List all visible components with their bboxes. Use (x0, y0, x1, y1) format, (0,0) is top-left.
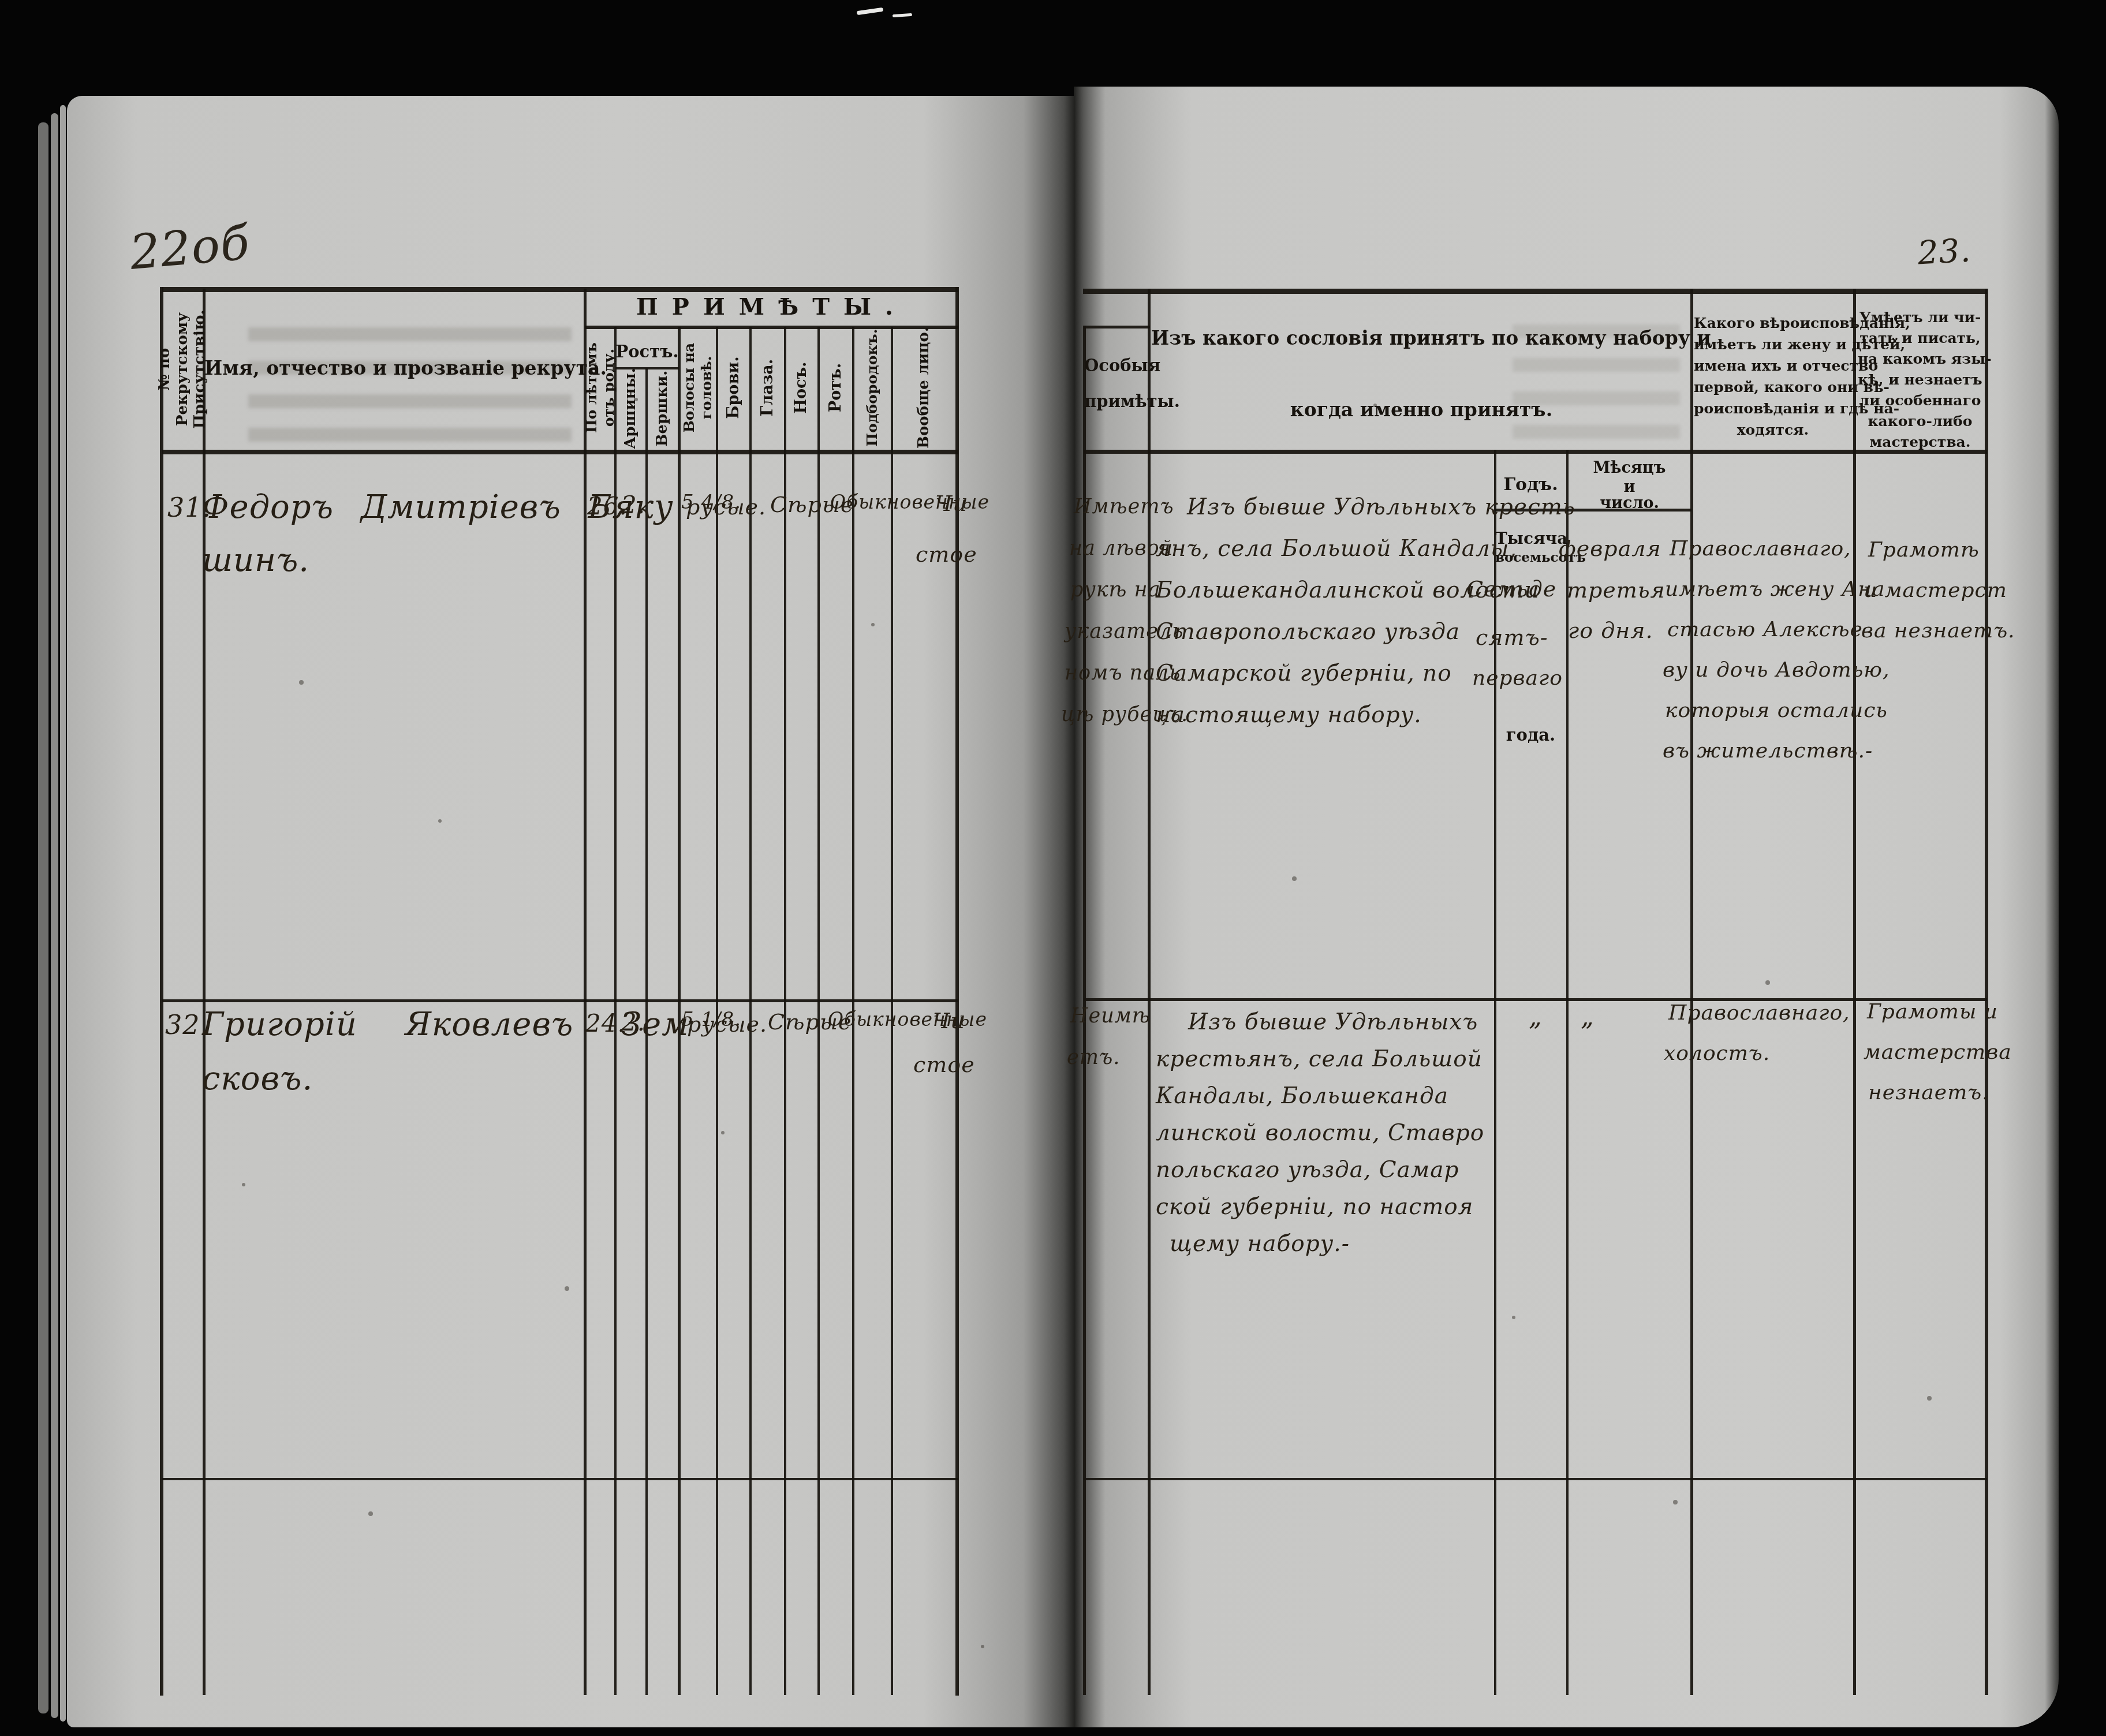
religion-family-text: которыя остались (1665, 699, 1888, 722)
column-header-height: Ростъ. (615, 342, 679, 361)
recruit-name: шинъ. (202, 542, 309, 579)
column-header-eyebrows: Брови. (718, 327, 749, 449)
estate-draft-text: Изъ бывше Удѣльныхъ (1188, 1009, 1478, 1035)
header-line: Подбородокъ. (864, 329, 881, 447)
hair-value: русые. (686, 494, 766, 520)
special-marks-text: Неимѣ (1070, 1005, 1151, 1028)
column-header-vershoks: Вершки. (647, 368, 677, 449)
header-line: Вершки. (654, 371, 671, 447)
column-header-special-marks: Особыя (1084, 356, 1149, 375)
subheader-month-day: Мѣсяцъ (1569, 459, 1690, 477)
literacy-text: Грамотѣ (1868, 538, 1980, 562)
osobye-cell-top (1084, 326, 1150, 328)
year-handwritten: Семьде (1466, 576, 1556, 602)
literacy-text: Грамоты и (1867, 1000, 1998, 1024)
column-header-literacy: кѣ, и незнаетъ (1858, 371, 1982, 388)
column-header-religion-family: роисповѣданія и гдѣ на- (1694, 400, 1852, 417)
column-header-literacy: ли особеннаго (1858, 392, 1982, 409)
row-separator (1084, 1478, 1987, 1480)
estate-draft-text: Ставропольскаго уѣзда (1156, 619, 1460, 645)
folio-number-right: 23. (1917, 232, 1971, 272)
scratch-mark (893, 13, 912, 17)
column-header-age: По лѣтамъ отъ роду. (587, 327, 614, 449)
estate-draft-text: Изъ бывше Удѣльныхъ кресть (1187, 494, 1575, 520)
subheader-month-day: и (1569, 478, 1690, 496)
recruit-name: сковъ. (202, 1060, 313, 1097)
column-header-literacy: тать и писать, (1858, 330, 1982, 346)
column-header-literacy: на какомъ язы- (1858, 350, 1982, 367)
estate-draft-text: щему набору.- (1170, 1231, 1350, 1257)
religion-family-text: въ жительствѣ.- (1663, 739, 1873, 763)
religion-family-text: Православнаго, (1668, 1001, 1850, 1025)
header-line: Волосы на (681, 343, 698, 433)
column-header-special-marks: примѣты. (1084, 391, 1149, 411)
column-rule (749, 327, 752, 1695)
table-border-top (162, 287, 958, 292)
scratch-mark (857, 8, 884, 15)
book-page-edge (60, 105, 66, 1722)
face-value: стое (913, 1052, 975, 1077)
arshins-value: 2. (621, 1008, 645, 1036)
religion-family-text: холостъ. (1664, 1041, 1770, 1065)
special-marks-text: рукѣ на (1070, 578, 1161, 602)
book-page-edge (51, 113, 58, 1718)
month-ditto-mark: „ (1581, 1002, 1595, 1032)
year-ditto-mark: „ (1529, 1002, 1543, 1032)
estate-draft-text: польскаго уѣзда, Самар (1156, 1157, 1459, 1183)
folio-number-left: 22об (128, 215, 252, 281)
column-header-religion-family: имена ихъ и отчество (1694, 357, 1852, 374)
month-day-text: февраля (1559, 536, 1661, 561)
column-header-eyes: Глаза. (752, 327, 783, 449)
header-line: головѣ. (698, 356, 715, 420)
arshins-value: 2. (621, 491, 645, 519)
estate-draft-text: настоящему набору. (1156, 702, 1422, 728)
row-separator (162, 999, 958, 1002)
column-header-name: Имя, отчество и прозваніе рекрута. (204, 357, 583, 379)
religion-family-text: Православнаго, (1670, 537, 1851, 561)
column-header-religion-family: имѣетъ ли жену и дѣтей, (1694, 336, 1852, 353)
column-rule (160, 287, 163, 1696)
special-marks-text: етъ. (1067, 1046, 1120, 1069)
row-separator (1084, 998, 1987, 1001)
subheader-year: Годъ. (1495, 475, 1566, 495)
header-bottom-rule (162, 450, 958, 454)
month-day-text: третья (1567, 577, 1666, 603)
book-scan-photo: 22об 23. № по Рекрутскому Присутствію. И… (0, 0, 2106, 1736)
header-line: Носъ. (792, 361, 811, 413)
column-header-religion-family: Какого вѣроисповѣданія, (1694, 315, 1852, 331)
header-line: Глаза. (759, 359, 777, 416)
literacy-text: незнаетъ. (1868, 1081, 1989, 1104)
column-header-hair: Волосы на головѣ. (680, 327, 715, 449)
header-line: № по Рекрутскому (156, 290, 191, 449)
literacy-text: и мастерст (1864, 578, 2007, 602)
year-printed-stub: восемьсотъ (1495, 550, 1566, 565)
column-header-literacy: Умѣетъ ли чи- (1858, 309, 1982, 326)
column-header-arshins: Аршины. (617, 368, 645, 449)
header-line: Ротъ. (827, 363, 845, 412)
column-header-religion-family: ходятся. (1694, 421, 1852, 438)
religion-family-text: стасью Алексѣе (1667, 618, 1863, 641)
column-rule (1985, 289, 1988, 1695)
column-header-literacy: мастерства. (1858, 434, 1982, 450)
face-value: стое (916, 542, 977, 567)
month-day-text: го дня. (1568, 618, 1653, 643)
column-header-recruit-number: № по Рекрутскому Присутствію. (163, 290, 202, 449)
column-header-nose: Носъ. (786, 327, 817, 449)
age-value: 24. (585, 1009, 626, 1037)
row-separator (162, 1478, 958, 1480)
header-line: По лѣтамъ (583, 342, 600, 433)
special-marks-text: Имѣетъ (1074, 495, 1174, 518)
religion-family-text: имѣетъ жену Ана (1665, 577, 1885, 601)
column-header-chin: Подбородокъ. (854, 327, 890, 449)
primety-group-header: ПРИМѢТЫ. (585, 293, 958, 320)
literacy-text: ва незнаетъ. (1861, 619, 2015, 643)
estate-draft-text: Самарской губерніи, по (1156, 660, 1452, 686)
dust-speckles (0, 0, 2, 2)
header-bottom-rule (1084, 450, 1987, 454)
hair-value: русые. (687, 1011, 767, 1037)
estate-draft-text: Кандалы, Большеканда (1156, 1083, 1448, 1109)
estate-draft-text: крестьянъ, села Большой (1156, 1046, 1483, 1072)
header-line: Брови. (725, 356, 743, 419)
column-header-estate-draft: когда именно принятъ. (1151, 398, 1691, 421)
estate-draft-text: янъ, села Большой Кандалы, (1156, 536, 1517, 562)
column-header-estate-draft: Изъ какого сословія принятъ по какому на… (1151, 327, 1691, 349)
header-line: отъ роду. (600, 349, 618, 427)
column-header-religion-family: первой, какого они вѣ- (1694, 379, 1852, 395)
year-handwritten: перваго (1472, 666, 1563, 690)
column-rule (1690, 289, 1693, 1695)
column-header-face: Вообще лицо. (893, 327, 955, 449)
year-printed-stub: Тысяча (1495, 529, 1566, 548)
religion-family-text: ву и дочь Авдотью, (1663, 658, 1890, 682)
header-line: Аршины. (622, 368, 640, 449)
literacy-text: мастерства (1864, 1040, 2012, 1064)
year-handwritten: сятъ- (1476, 625, 1548, 650)
column-header-mouth: Ротъ. (820, 327, 852, 449)
column-header-literacy: какого-либо (1858, 413, 1982, 430)
estate-draft-text: ской губерніи, по настоя (1156, 1194, 1473, 1220)
header-line: Вообще лицо. (915, 327, 933, 449)
year-printed-stub: года. (1495, 725, 1566, 745)
face-value: Чи (935, 491, 968, 516)
estate-draft-text: линской волости, Ставро (1156, 1120, 1484, 1146)
table-border-top (1083, 289, 1987, 294)
book-page-edge (38, 122, 48, 1713)
column-rule (1853, 289, 1856, 1695)
subheader-month-day: число. (1569, 494, 1690, 512)
face-value: Чи (933, 1008, 965, 1033)
